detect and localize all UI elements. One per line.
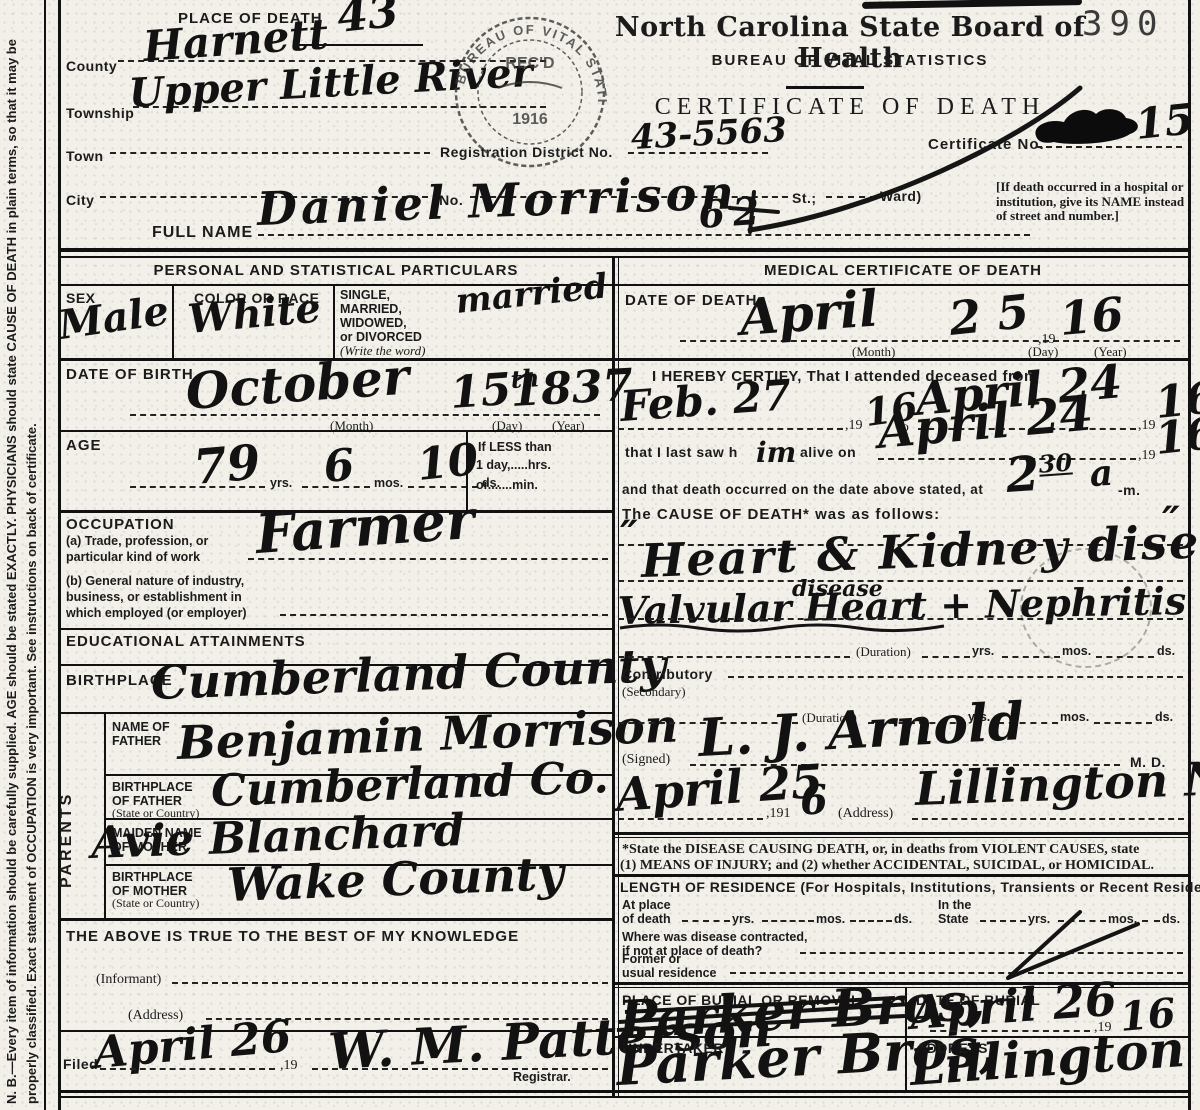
signed-address-label: (Address) bbox=[838, 806, 893, 822]
margin-rule bbox=[44, 0, 46, 1110]
secondary-label: (Secondary) bbox=[622, 684, 686, 700]
rule bbox=[58, 430, 615, 432]
received-stamp: BUREAU OF VITAL STATISTICS REC'D 1916 bbox=[438, 6, 623, 178]
signed-year-value: 6 bbox=[798, 776, 830, 825]
residence-title: LENGTH OF RESIDENCE (For Hospitals, Inst… bbox=[620, 879, 1200, 895]
full-name-label: FULL NAME bbox=[152, 224, 253, 242]
death-time-value: 230 a bbox=[1004, 441, 1115, 504]
res-ds-label-1: ds. bbox=[894, 912, 912, 928]
filed-label: Filed bbox=[63, 1056, 98, 1072]
mother-birthplace-value: Wake County bbox=[226, 846, 564, 912]
knowledge-statement: THE ABOVE IS TRUE TO THE BEST OF MY KNOW… bbox=[66, 928, 519, 945]
last-saw-year-value: 16 bbox=[1153, 408, 1200, 465]
dod-month-value: April bbox=[738, 279, 880, 347]
residence-checkmark bbox=[960, 906, 1160, 986]
filed-line bbox=[100, 1068, 275, 1070]
duration-line bbox=[1094, 722, 1152, 724]
duration-line bbox=[922, 656, 970, 658]
rule bbox=[615, 874, 1191, 877]
res-line bbox=[682, 920, 730, 922]
age-label: AGE bbox=[66, 437, 102, 454]
informant-line bbox=[172, 982, 608, 984]
cell-divider bbox=[172, 284, 174, 360]
cause-ds-label: ds. bbox=[1157, 644, 1175, 660]
dob-day-num: 15 bbox=[448, 364, 513, 419]
certify-line bbox=[618, 428, 843, 430]
dod-day-value: 2 5 bbox=[946, 284, 1031, 346]
death-certificate-scan: N. B.—Every item of information should b… bbox=[0, 0, 1200, 1110]
parents-label: PARENTS bbox=[58, 792, 76, 888]
signed-date-line bbox=[618, 818, 763, 820]
filed-year-prefix: ,19 bbox=[280, 1058, 298, 1074]
dod-year-value: 16 bbox=[1057, 287, 1125, 346]
res-ds-label-2: ds. bbox=[1162, 912, 1180, 928]
duration-line bbox=[618, 656, 850, 658]
less-than-line1: If LESS than bbox=[478, 440, 552, 456]
margin-note-outer: N. B.—Every item of information should b… bbox=[4, 4, 19, 1104]
age-line bbox=[302, 486, 370, 488]
signed-year-prefix: ,191 bbox=[766, 806, 791, 822]
age-line bbox=[130, 486, 265, 488]
rule bbox=[58, 918, 615, 921]
township-label: Township bbox=[66, 105, 134, 121]
occupation-a-line1: (a) Trade, profession, or bbox=[66, 534, 208, 550]
rule bbox=[615, 832, 1191, 835]
cause-yrs-label: yrs. bbox=[972, 644, 994, 660]
occupation-a-value: Farmer bbox=[254, 487, 477, 566]
occupation-b-line2: business, or establishment in bbox=[66, 590, 242, 606]
cause-underline-squiggle bbox=[618, 620, 948, 636]
occupation-a-line2: particular kind of work bbox=[66, 550, 200, 566]
occupation-b-line3: which employed (or employer) bbox=[66, 606, 247, 622]
dob-label: DATE OF BIRTH bbox=[66, 366, 194, 383]
former-label-2: usual residence bbox=[622, 966, 717, 982]
father-name-label-2: FATHER bbox=[112, 734, 161, 750]
medical-section-title: MEDICAL CERTIFICATE OF DEATH bbox=[618, 262, 1188, 279]
stamp-year-text: 1916 bbox=[512, 111, 548, 128]
certificate-no-value: 15 bbox=[1133, 94, 1196, 149]
town-label: Town bbox=[66, 148, 104, 164]
occupation-b-line bbox=[280, 614, 608, 616]
last-saw-year-prefix: ,19 bbox=[1138, 448, 1156, 464]
age-days-value: 10 bbox=[415, 434, 481, 491]
cause-quote-open: ″ bbox=[620, 512, 638, 559]
informant-label: (Informant) bbox=[96, 972, 161, 988]
town-line bbox=[110, 152, 430, 154]
death-occurred-pre: and that death occurred on the date abov… bbox=[622, 482, 983, 497]
edge-smudge bbox=[862, 0, 1082, 9]
res-mos-label-1: mos. bbox=[816, 912, 845, 928]
place-of-death-value: 43 bbox=[335, 0, 401, 43]
mother-birthplace-note: (State or Country) bbox=[112, 896, 199, 911]
rule bbox=[615, 284, 1191, 286]
rule bbox=[615, 837, 1191, 838]
signed-address-value: Lillington N.C. bbox=[914, 749, 1200, 816]
signed-value: L. J. Arnold bbox=[697, 691, 1026, 769]
last-saw-post: alive on bbox=[800, 444, 856, 460]
occupation-label: OCCUPATION bbox=[66, 516, 175, 533]
cell-divider bbox=[333, 284, 335, 360]
res-yrs-label-1: yrs. bbox=[732, 912, 754, 928]
dob-year: 1837 bbox=[509, 360, 634, 417]
cause-of-death-label: The CAUSE OF DEATH* was as follows: bbox=[622, 506, 940, 523]
last-saw-hand: im bbox=[756, 436, 796, 469]
margin-note-inner: properly classified. Exact statement of … bbox=[24, 4, 39, 1104]
less-than-line2: 1 day,.....hrs. bbox=[476, 458, 551, 474]
meridiem-label: -m. bbox=[1118, 482, 1141, 498]
res-line bbox=[850, 920, 892, 922]
occupation-b-line1: (b) General nature of industry, bbox=[66, 574, 244, 590]
attended-from-year-prefix: ,19 bbox=[845, 418, 863, 434]
county-label: County bbox=[66, 58, 117, 74]
stamp-recd-text: REC'D bbox=[505, 55, 554, 72]
age-months-value: 6 bbox=[322, 440, 357, 493]
death-time-meridiem: a bbox=[1088, 452, 1114, 496]
cause-duration-caption: (Duration) bbox=[856, 644, 911, 660]
footnote-line2: (1) MEANS OF INJURY; and (2) whether ACC… bbox=[620, 858, 1154, 874]
contributory-mos-label: mos. bbox=[1060, 710, 1089, 726]
contributory-ds-label: ds. bbox=[1155, 710, 1173, 726]
stamped-number: 390 bbox=[1082, 4, 1164, 44]
footnote-line1: *State the DISEASE CAUSING DEATH, or, in… bbox=[622, 842, 1139, 858]
faint-stamp-mark bbox=[1020, 548, 1152, 668]
color-race-value: White bbox=[186, 285, 323, 343]
death-time-hour: 2 bbox=[1004, 446, 1041, 504]
res-line bbox=[762, 920, 814, 922]
registrar-label: Registrar. bbox=[513, 1070, 571, 1086]
city-label: City bbox=[66, 192, 94, 208]
yrs-label: yrs. bbox=[270, 476, 292, 492]
rule bbox=[58, 628, 615, 630]
pen-stroke bbox=[720, 80, 1100, 250]
at-place-label-2: of death bbox=[622, 912, 671, 928]
form-left-border bbox=[58, 0, 61, 1110]
bureau-subtitle: BUREAU OF VITAL STATISTICS bbox=[590, 52, 1110, 69]
contributory-label: Contributory bbox=[622, 666, 713, 682]
signed-address-line bbox=[912, 818, 1184, 820]
contributory-line bbox=[728, 676, 1183, 678]
last-saw-pre: that I last saw h bbox=[625, 444, 738, 460]
header-divider-2 bbox=[58, 256, 1191, 258]
less-than-line3: or.......min. bbox=[476, 478, 538, 494]
mos-label: mos. bbox=[374, 476, 403, 492]
death-time-min: 30 bbox=[1038, 447, 1073, 478]
education-label: EDUCATIONAL ATTAINMENTS bbox=[66, 633, 306, 650]
attended-from-value: Feb. 27 bbox=[619, 370, 793, 431]
cell-divider bbox=[104, 712, 106, 918]
